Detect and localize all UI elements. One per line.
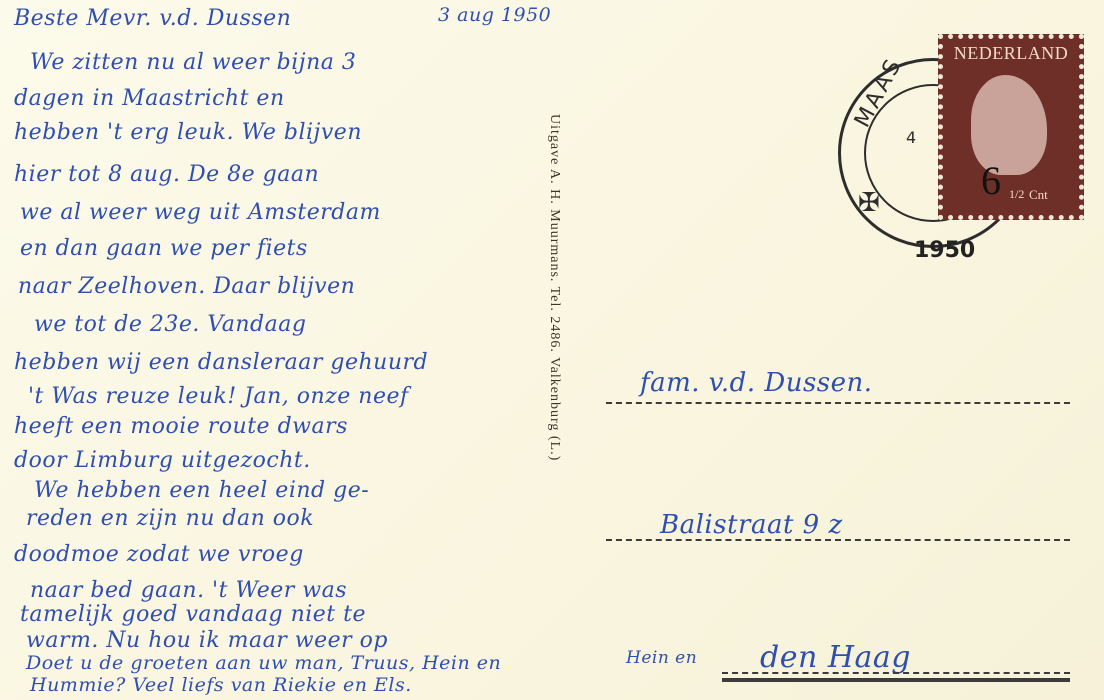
message-line: We hebben een heel eind ge- — [34, 478, 369, 503]
stamp-unit: Cnt — [1029, 187, 1048, 203]
address-rule — [722, 672, 1070, 674]
message-line: door Limburg uitgezocht. — [14, 448, 311, 473]
message-line: hebben wij een dansleraar gehuurd — [14, 350, 428, 375]
message-line: doodmoe zodat we vroeg — [14, 542, 304, 567]
message-line: dagen in Maastricht en — [14, 86, 285, 111]
message-line: we al weer weg uit Amsterdam — [20, 200, 381, 225]
postage-stamp: NEDERLAND 6 1/2 Cnt — [938, 34, 1084, 220]
message-line: hier tot 8 aug. De 8e gaan — [14, 162, 319, 187]
stamp-fraction: 1/2 — [1009, 187, 1024, 202]
postmark-cross-icon: ✠ — [858, 188, 880, 218]
stamp-country: NEDERLAND — [943, 43, 1079, 64]
message-date: 3 aug 1950 — [438, 4, 551, 26]
message-line: we tot de 23e. Vandaag — [34, 312, 306, 337]
address-line-3: den Haag — [760, 640, 911, 675]
address-rule-thick — [722, 678, 1070, 682]
message-line: naar Zeelhoven. Daar blijven — [18, 274, 355, 299]
message-line: 't Was reuze leuk! Jan, onze neef — [28, 384, 409, 409]
message-line: warm. Nu hou ik maar weer op — [26, 628, 388, 653]
postmark-year: 1950 — [914, 238, 975, 263]
message-line: Hummie? Veel liefs van Riekie en Els. — [30, 674, 412, 696]
message-line: heeft een mooie route dwars — [14, 414, 348, 439]
message-line: reden en zijn nu dan ook — [26, 506, 314, 531]
message-line: Doet u de groeten aan uw man, Truus, Hei… — [26, 652, 501, 674]
postcard-back: 3 aug 1950 Beste Mevr. v.d. Dussen We zi… — [0, 0, 1104, 700]
address-line-3-prefix: Hein en — [626, 648, 697, 668]
message-line: en dan gaan we per fiets — [20, 236, 308, 261]
message-line: naar bed gaan. 't Weer was — [30, 578, 347, 603]
publisher-imprint: Uitgave A. H. Muurmans. Tel. 2486. Valke… — [546, 114, 562, 461]
address-line-1: fam. v.d. Dussen. — [640, 368, 873, 398]
postmark-date: 4 — [906, 128, 916, 147]
stamp-value: 6 — [981, 157, 1001, 204]
message-line: hebben 't erg leuk. We blijven — [14, 120, 362, 145]
address-rule — [606, 402, 1070, 404]
address-line-2: Balistraat 9 z — [660, 510, 843, 540]
address-rule — [606, 539, 1070, 541]
message-line: tamelijk goed vandaag niet te — [20, 602, 366, 627]
message-line: Beste Mevr. v.d. Dussen — [14, 6, 291, 31]
message-line: We zitten nu al weer bijna 3 — [30, 50, 356, 75]
